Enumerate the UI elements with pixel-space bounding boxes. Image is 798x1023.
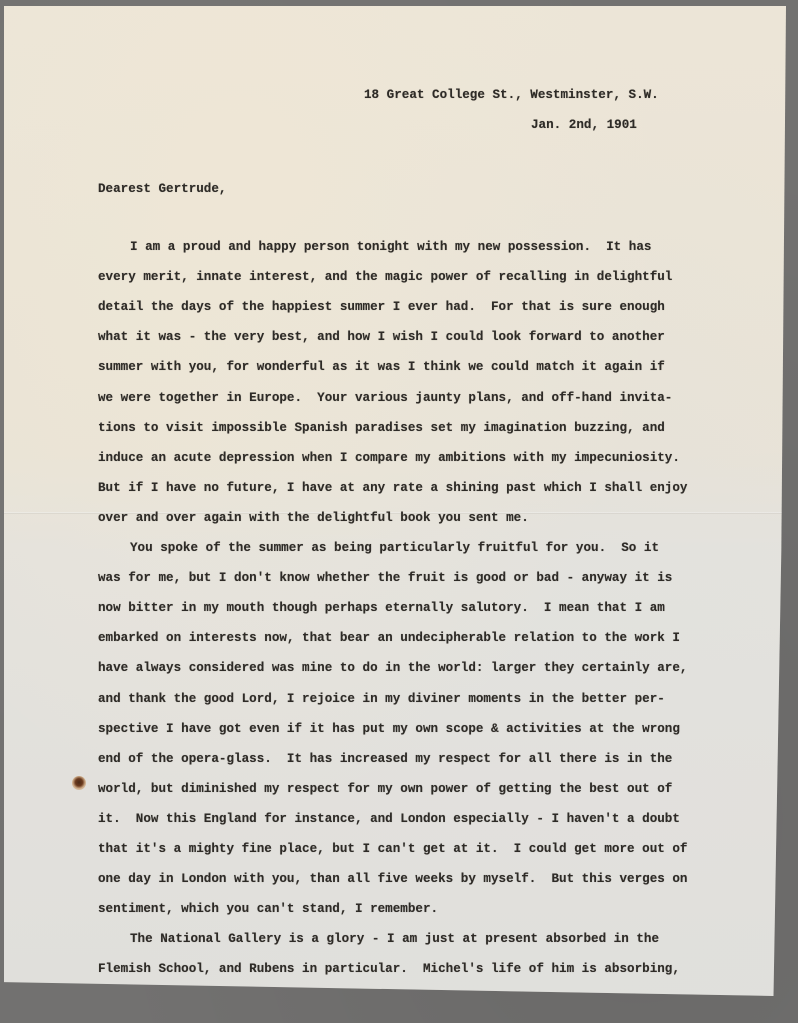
letter-line: that it's a mighty fine place, but I can…: [98, 840, 687, 870]
letter-line: tions to visit impossible Spanish paradi…: [98, 419, 687, 449]
letter-date: Jan. 2nd, 1901: [531, 118, 637, 132]
letter-line: end of the opera-glass. It has increased…: [98, 750, 687, 780]
letter-line: spective I have got even if it has put m…: [98, 720, 687, 750]
letter-line: one day in London with you, than all fiv…: [98, 870, 687, 900]
letter-line: and thank the good Lord, I rejoice in my…: [98, 690, 687, 720]
letter-lines: I am a proud and happy person tonight wi…: [98, 238, 687, 990]
letter-line: Flemish School, and Rubens in particular…: [98, 960, 687, 990]
letter-line: world, but diminished my respect for my …: [98, 780, 687, 810]
letter-body: Dearest Gertrude, I am a proud and happy…: [98, 152, 687, 1004]
letter-line: was for me, but I don't know whether the…: [98, 569, 687, 599]
rust-stain: [72, 776, 86, 790]
letter-line: over and over again with the delightful …: [98, 509, 687, 539]
letter-line: embarked on interests now, that bear an …: [98, 629, 687, 659]
letter-line: But if I have no future, I have at any r…: [98, 479, 687, 509]
letter-line: I am a proud and happy person tonight wi…: [98, 238, 687, 268]
letter-line: The National Gallery is a glory - I am j…: [98, 930, 687, 960]
letter-line: sentiment, which you can't stand, I reme…: [98, 900, 687, 930]
letter-line: every merit, innate interest, and the ma…: [98, 268, 687, 298]
letter-line: it. Now this England for instance, and L…: [98, 810, 687, 840]
letter-line: detail the days of the happiest summer I…: [98, 298, 687, 328]
letter-line: we were together in Europe. Your various…: [98, 389, 687, 419]
letter-line: You spoke of the summer as being particu…: [98, 539, 687, 569]
letter-line: have always considered was mine to do in…: [98, 659, 687, 689]
letter-line: what it was - the very best, and how I w…: [98, 328, 687, 358]
salutation: Dearest Gertrude,: [98, 180, 687, 210]
letter-line: now bitter in my mouth though perhaps et…: [98, 599, 687, 629]
letter-line: summer with you, for wonderful as it was…: [98, 358, 687, 388]
letter-line: induce an acute depression when I compar…: [98, 449, 687, 479]
sender-address: 18 Great College St., Westminster, S.W.: [364, 88, 659, 102]
